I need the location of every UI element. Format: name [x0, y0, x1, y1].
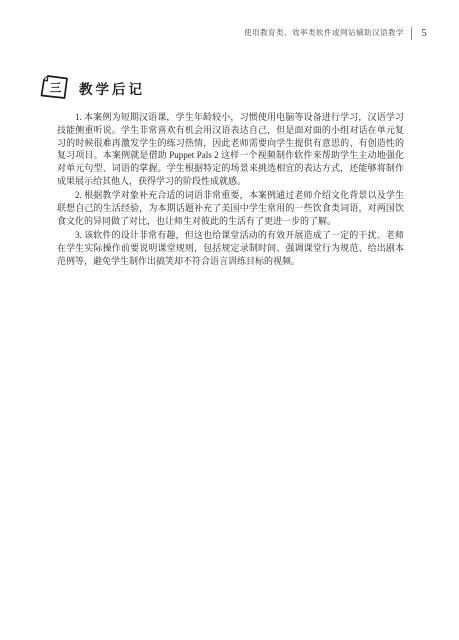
- paragraph-1: 1. 本案例为短期汉语课，学生年龄较小，习惯使用电脑等设备进行学习，汉语学习技能…: [57, 111, 404, 188]
- body-text: 1. 本案例为短期汉语课，学生年龄较小，习惯使用电脑等设备进行学习，汉语学习技能…: [57, 111, 404, 268]
- section-title: 教学后记: [79, 78, 145, 98]
- paragraph-2: 2. 根据教学对象补充合适的词语非常重要，本案例通过老师介绍文化背景以及学生联想…: [57, 189, 404, 227]
- section-icon-glyph: 三: [50, 82, 62, 95]
- page-number: 5: [419, 26, 429, 40]
- header-divider: [411, 27, 412, 40]
- section-heading: 三 教学后记: [39, 74, 145, 101]
- running-header: 使用教育类、效率类软件或网站辅助汉语教学 5: [244, 26, 429, 40]
- note-icon: 三: [39, 74, 69, 101]
- paragraph-3: 3. 该软件的设计非常有趣，但这也给课堂活动的有效开展造成了一定的干扰。老师在学…: [57, 229, 404, 267]
- running-title: 使用教育类、效率类软件或网站辅助汉语教学: [244, 26, 404, 40]
- book-page: 使用教育类、效率类软件或网站辅助汉语教学 5 三 教学后记 1. 本案例为短期汉…: [0, 0, 459, 640]
